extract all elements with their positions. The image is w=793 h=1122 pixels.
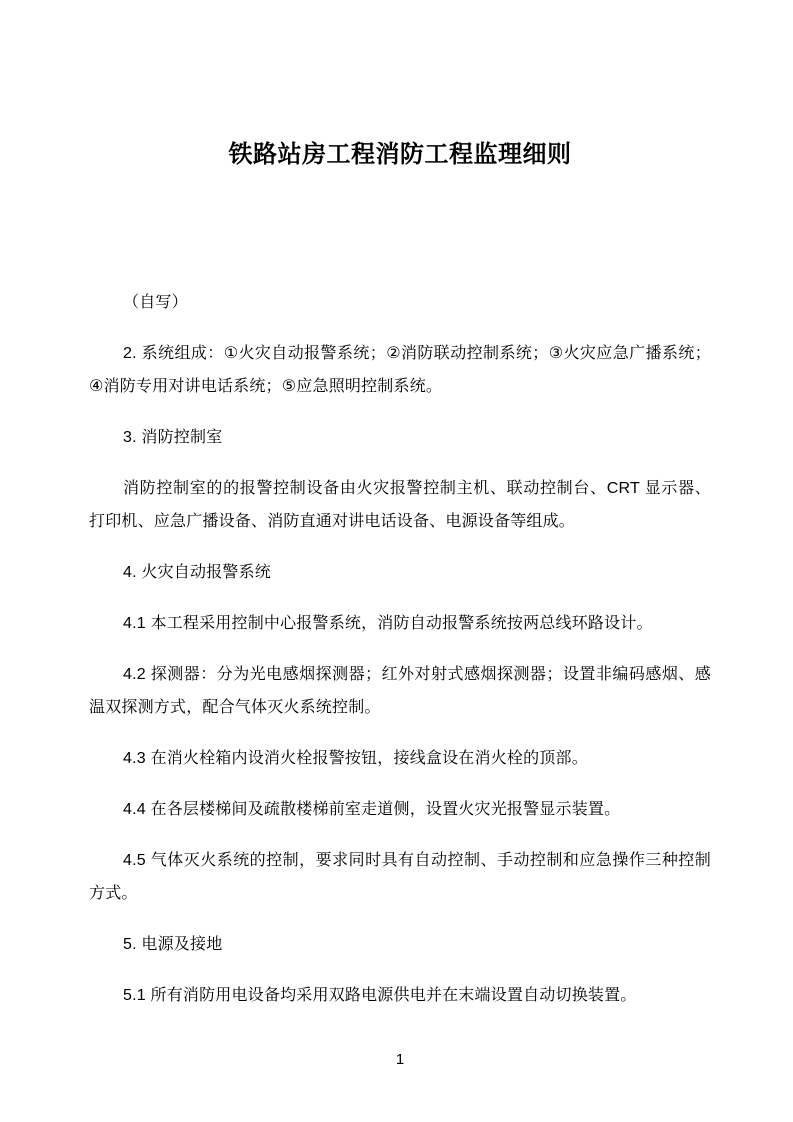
page-number: 1	[89, 1050, 711, 1070]
paragraph-4-3-hydrant-button: 4.3 在消火栓箱内设消火栓报警按钮，接线盒设在消火栓的顶部。	[89, 742, 711, 775]
paragraph-2-system-composition: 2. 系统组成：①火灾自动报警系统；②消防联动控制系统；③火灾应急广播系统；④消…	[89, 337, 711, 403]
heading-3-fire-control-room: 3. 消防控制室	[89, 421, 711, 454]
document-body: （自写） 2. 系统组成：①火灾自动报警系统；②消防联动控制系统；③火灾应急广播…	[89, 286, 711, 1012]
paragraph-note-self-written: （自写）	[89, 286, 711, 319]
paragraph-5-1-dual-power-supply: 5.1 所有消防用电设备均采用双路电源供电并在末端设置自动切换装置。	[89, 979, 711, 1012]
heading-4-fire-alarm-system: 4. 火灾自动报警系统	[89, 556, 711, 589]
heading-5-power-and-grounding: 5. 电源及接地	[89, 928, 711, 961]
paragraph-4-2-detectors: 4.2 探测器：分为光电感烟探测器；红外对射式感烟探测器；设置非编码感烟、感温双…	[89, 658, 711, 724]
paragraph-4-5-gas-extinguishing-control: 4.5 气体灭火系统的控制，要求同时具有自动控制、手动控制和应急操作三种控制方式…	[89, 844, 711, 910]
paragraph-4-1-control-center: 4.1 本工程采用控制中心报警系统，消防自动报警系统按两总线环路设计。	[89, 607, 711, 640]
paragraph-4-4-alarm-display: 4.4 在各层楼梯间及疏散楼梯前室走道侧，设置火灾光报警显示装置。	[89, 793, 711, 826]
paragraph-fire-control-room-equipment: 消防控制室的的报警控制设备由火灾报警控制主机、联动控制台、CRT 显示器、打印机…	[89, 472, 711, 538]
document-title: 铁路站房工程消防工程监理细则	[89, 0, 711, 171]
document-page: 铁路站房工程消防工程监理细则 （自写） 2. 系统组成：①火灾自动报警系统；②消…	[0, 0, 793, 1122]
